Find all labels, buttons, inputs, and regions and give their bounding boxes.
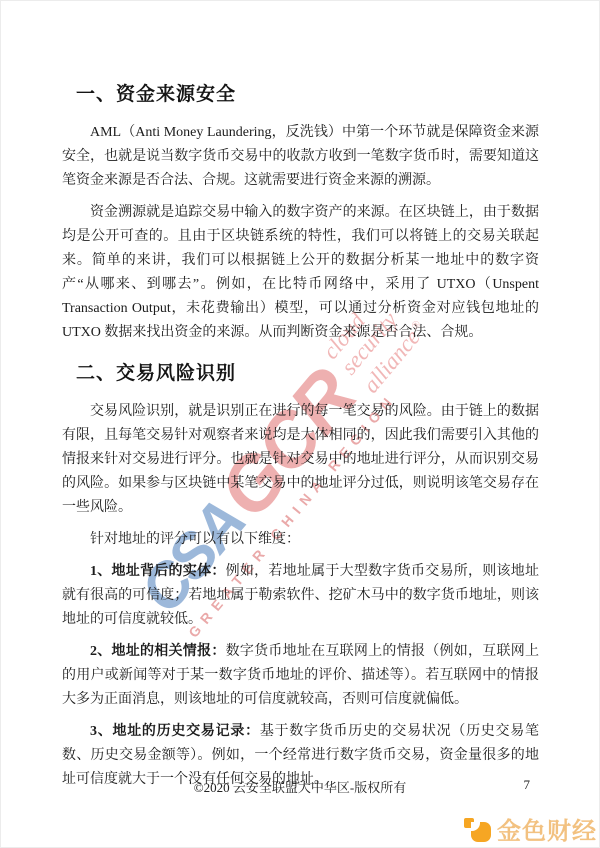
paragraph-risk: 交易风险识别，就是识别正在进行的每一笔交易的风险。由于链上的数据有限，且每笔交易…: [62, 400, 539, 520]
paragraph-tracing: 资金溯源就是追踪交易中输入的数字资产的来源。在区块链上，由于数据均是公开可查的。…: [62, 201, 539, 345]
jinse-logo-icon: [464, 815, 491, 842]
jinse-icon-quote-shape: [471, 822, 491, 842]
section-heading-2: 二、交易风险识别: [76, 361, 539, 386]
paragraph-aml: AML（Anti Money Laundering，反洗钱）中第一个环节就是保障…: [62, 121, 539, 193]
jinse-finance-logo: 金色财经: [464, 811, 597, 846]
footer-copyright: ©2020 云安全联盟大中华区-版权所有: [0, 777, 600, 796]
page-number: 7: [524, 777, 531, 793]
list-item-history-label: 3、地址的历史交易记录：: [90, 724, 260, 739]
list-item-entity-label: 1、地址背后的实体：: [90, 564, 226, 579]
document-page: CSA GCR cloud security alliance® GREATER…: [0, 0, 600, 848]
list-item-intel: 2、地址的相关情报：数字货币地址在互联网上的情报（例如，互联网上的用户或新闻等对…: [62, 640, 539, 712]
document-content: 一、资金来源安全 AML（Anti Money Laundering，反洗钱）中…: [62, 70, 539, 800]
list-item-intel-label: 2、地址的相关情报：: [90, 644, 226, 659]
section-heading-1: 一、资金来源安全: [76, 82, 539, 107]
list-item-entity: 1、地址背后的实体：例如，若地址属于大型数字货币交易所，则该地址就有很高的可信度…: [62, 560, 539, 632]
jinse-brand-name: 金色财经: [497, 811, 597, 846]
paragraph-dimensions-intro: 针对地址的评分可以有以下维度：: [62, 528, 539, 552]
